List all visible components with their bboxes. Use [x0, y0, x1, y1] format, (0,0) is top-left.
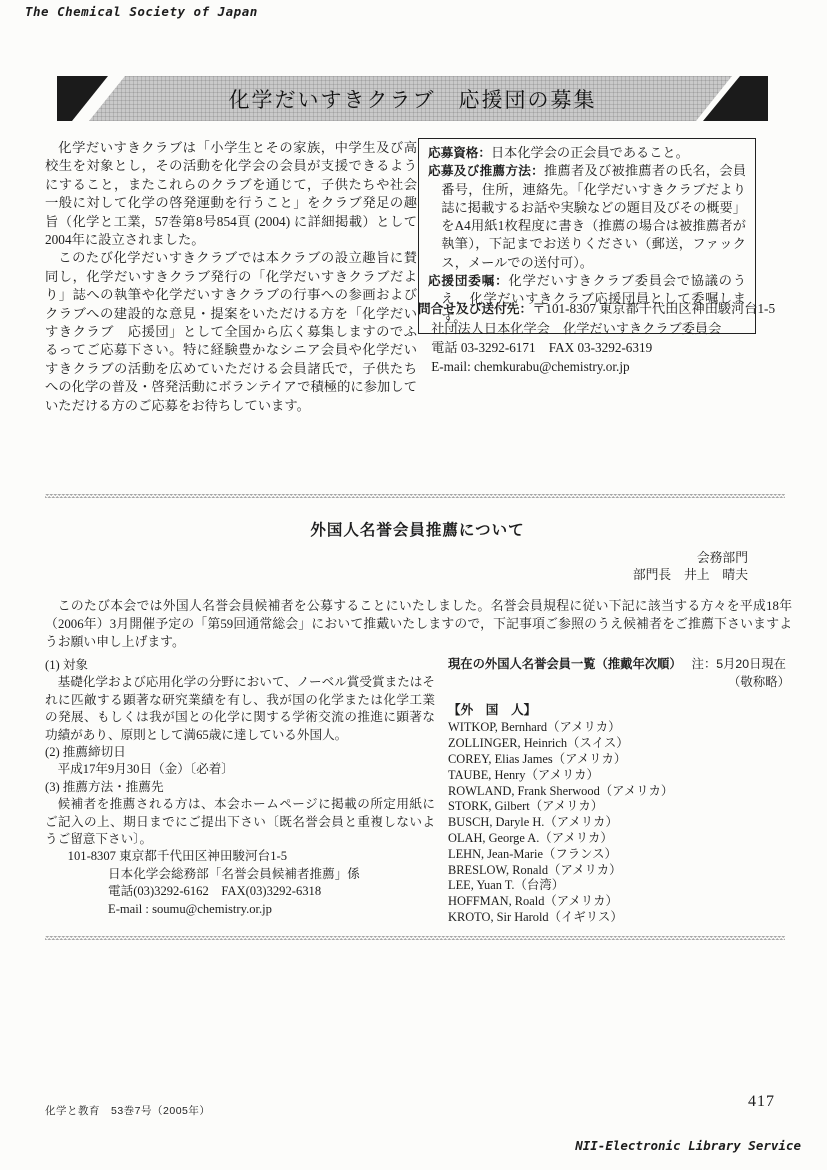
honorary-member-list: WITKOP, Bernhard（アメリカ） ZOLLINGER, Heinri…	[448, 720, 792, 925]
article1-title: 化学だいすきクラブ 応援団の募集	[57, 76, 768, 121]
article1-paragraph-1: 化学だいすきクラブは「小学生とその家族，中学生及び高校生を対象とし，その活動を化…	[45, 139, 417, 249]
contact-line-3: 電話 03-3292-6171 FAX 03-3292-6319	[431, 338, 790, 357]
box-item-method-text: 推薦者及び被推薦者の氏名，会員番号，住所，連絡先。「化学だいすきクラブだより誌に…	[441, 163, 746, 269]
section-divider-top	[45, 494, 785, 498]
honorary-member: ZOLLINGER, Heinrich（スイス）	[448, 736, 792, 752]
item3-body: 候補者を推薦される方は、本会ホームページに掲載の所定用紙にご記入の上、期日までに…	[45, 796, 435, 848]
article1-body-column: 化学だいすきクラブは「小学生とその家族，中学生及び高校生を対象とし，その活動を化…	[45, 139, 417, 415]
item2-body: 平成17年9月30日（金）〔必着〕	[58, 761, 435, 778]
box-item-qualification-text: 日本化学会の正会員であること。	[491, 145, 689, 160]
honorary-member: KROTO, Sir Harold（イギリス）	[448, 910, 792, 926]
article1-paragraph-2: このたび化学だいすきクラブでは本クラブの設立趣旨に賛同し，化学だいすきクラブ発行…	[45, 249, 417, 415]
honorary-member: COREY, Elias James（アメリカ）	[448, 752, 792, 768]
box-item-commission-label: 応援団委嘱：	[428, 274, 509, 288]
recommendation-address-line-1: 101-8307 東京都千代田区神田駿河台1-5	[68, 848, 435, 865]
honorary-group-label: 【外 国 人】	[448, 703, 792, 719]
contact-line-2: 社団法人日本化学会 化学だいすきクラブ委員会	[431, 319, 790, 338]
box-item-method-label: 応募及び推薦方法：	[428, 164, 544, 178]
item2-heading: (2) 推薦締切日	[45, 744, 435, 761]
nii-service-label: NII-Electronic Library Service	[575, 1138, 801, 1153]
honorary-member: LEHN, Jean-Marie（フランス）	[448, 847, 792, 863]
recommendation-address-line-2: 日本化学会総務部「名誉会員候補者推薦」係	[108, 866, 435, 883]
recommendation-address-line-4: E-mail : soumu@chemistry.or.jp	[108, 901, 435, 918]
box-item-qualification-label: 応募資格：	[428, 146, 491, 160]
article2-intro: このたび本会では外国人名誉会員候補者を公募することにいたしました。名誉会員規程に…	[45, 597, 792, 651]
honorary-member: WITKOP, Bernhard（アメリカ）	[448, 720, 792, 736]
contact-block: 問合せ及び送付先：〒101-8307 東京都千代田区神田駿河台1-5 社団法人日…	[418, 299, 790, 376]
honorary-member: LEE, Yuan T.（台湾）	[448, 878, 792, 894]
byline-chief: 部門長 井上 晴夫	[45, 567, 748, 584]
article1-title-banner: 化学だいすきクラブ 応援団の募集	[57, 76, 768, 121]
honorary-member: BUSCH, Daryle H.（アメリカ）	[448, 815, 792, 831]
item1-body: 基礎化学および応用化学の分野において、ノーベル賞受賞またはそれに匹敵する顕著な研…	[45, 674, 435, 744]
contact-label: 問合せ及び送付先：	[418, 302, 532, 316]
byline-department: 会務部門	[45, 550, 748, 567]
recommendation-address-line-3: 電話(03)3292-6162 FAX(03)3292-6318	[108, 883, 435, 900]
article2-byline: 会務部門 部門長 井上 晴夫	[45, 550, 748, 584]
honorary-list-note: 注：5月20日現在	[692, 657, 786, 671]
honorary-member: HOFFMAN, Roald（アメリカ）	[448, 894, 792, 910]
honorary-member: OLAH, George A.（アメリカ）	[448, 831, 792, 847]
footer-page-number: 417	[748, 1093, 775, 1111]
honorary-list-note2: （敬称略）	[448, 675, 792, 691]
box-item-method: 応募及び推薦方法：推薦者及び被推薦者の氏名，会員番号，住所，連絡先。「化学だいす…	[428, 162, 746, 272]
box-item-qualification: 応募資格：日本化学会の正会員であること。	[428, 144, 746, 162]
item1-heading: (1) 対象	[45, 657, 435, 674]
contact-line-4: E-mail: chemkurabu@chemistry.or.jp	[431, 357, 790, 376]
item3-heading: (3) 推薦方法・推薦先	[45, 779, 435, 796]
article2-left-column: (1) 対象 基礎化学および応用化学の分野において、ノーベル賞受賞またはそれに匹…	[45, 657, 435, 918]
article2-title: 外国人名誉会員推薦について	[45, 518, 790, 540]
footer-journal-ref: 化学と教育 53巻7号（2005年）	[45, 1103, 210, 1118]
honorary-member: TAUBE, Henry（アメリカ）	[448, 768, 792, 784]
honorary-list-heading-row: 現在の外国人名誉会員一覧（推戴年次順）注：5月20日現在	[448, 657, 792, 673]
article2-right-column: 現在の外国人名誉会員一覧（推戴年次順）注：5月20日現在 （敬称略） 【外 国 …	[448, 657, 792, 926]
section-divider-bottom	[45, 936, 785, 940]
honorary-member: ROWLAND, Frank Sherwood（アメリカ）	[448, 784, 792, 800]
honorary-member: BRESLOW, Ronald（アメリカ）	[448, 863, 792, 879]
honorary-list-heading: 現在の外国人名誉会員一覧（推戴年次順）	[448, 657, 682, 671]
contact-address: 〒101-8307 東京都千代田区神田駿河台1-5	[532, 301, 775, 316]
honorary-member: STORK, Gilbert（アメリカ）	[448, 799, 792, 815]
contact-line-1: 問合せ及び送付先：〒101-8307 東京都千代田区神田駿河台1-5	[418, 299, 790, 319]
scan-header-text: The Chemical Society of Japan	[25, 4, 258, 19]
